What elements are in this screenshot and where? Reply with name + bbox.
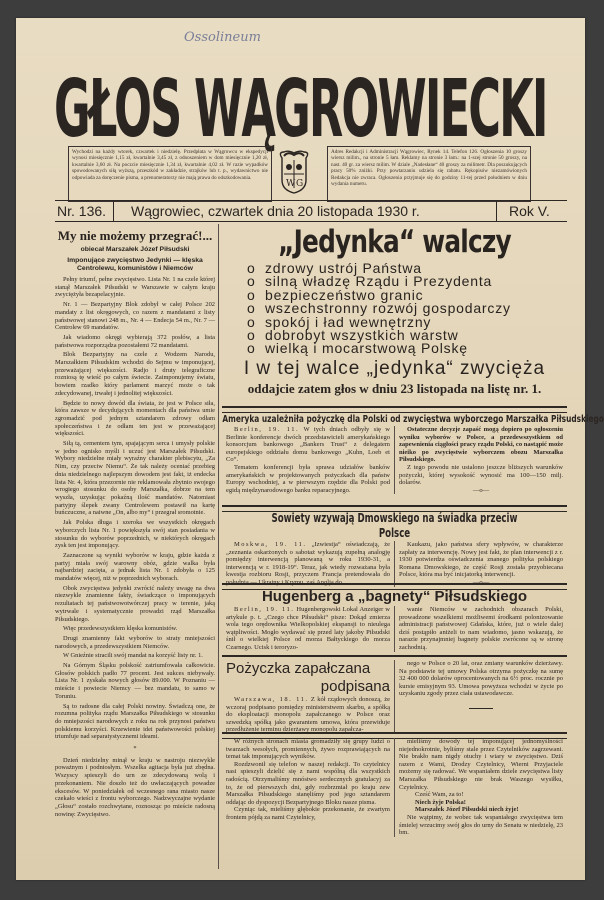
paragraph: Będzie to nowy dowód dla świata, że jest… <box>55 400 215 439</box>
paragraph: Więc przedewszystkiem klęska komunistów. <box>55 625 215 633</box>
divider <box>496 201 497 221</box>
paragraph: W Gnieźnie stracili swój mandat na korzy… <box>55 652 215 660</box>
publication-year: Rok V. <box>509 201 550 221</box>
paragraph: Obok zwycięstwa jedynki zwrócić należy u… <box>55 585 215 624</box>
masthead-title: GŁOS WĄGROWIECKI <box>54 70 538 147</box>
subscription-info-box: Wychodzi na każdy wtorek, czwartek i nie… <box>68 146 272 202</box>
rule <box>222 655 567 657</box>
paragraph: Nr. 1 — Bezpartyjny Blok zdobył w całej … <box>55 301 215 332</box>
paragraph: Na Górnym Śląsku polskość zatriumfowała … <box>55 662 215 701</box>
dateline-bar: Nr. 136. Wągrowiec, czwartek dnia 20 lis… <box>55 200 567 222</box>
issue-number: Nr. 136. <box>57 201 106 221</box>
campaign-title: „Jedynka“ walczy <box>257 222 533 262</box>
svg-text:G: G <box>296 179 303 189</box>
vote-call: oddajcie zatem głos w dniu 23 listopada … <box>222 381 567 396</box>
paragraph: Są to radosne dla całej Polski nowiny. Ś… <box>55 703 215 742</box>
handwritten-library-note: Ossolineum <box>184 30 261 45</box>
campaign-list: o zdrowy ustrój Państwa o silną władzę R… <box>222 262 567 356</box>
paragraph: Pełny triumf, pełne zwycięstwo. Lista Nr… <box>55 276 215 299</box>
editorial-address-box: Adres Redakcji i Administracji Wągrowiec… <box>327 146 531 202</box>
article-pozyczka: Pożyczka zapałczana podpisana Warszawa, … <box>222 660 567 734</box>
issue-place-date: Wągrowiec, czwartek dnia 20 listopada 19… <box>131 201 420 221</box>
article-hugenberg: Hugenberg a „bagnety“ Piłsudskiego Berli… <box>222 588 567 652</box>
article-title-line2: podpisana <box>226 678 390 696</box>
lead-article: My nie możemy przegrać!... obiecał Marsz… <box>55 226 215 820</box>
article-closing: W różnych stronach miasta gromadziły się… <box>222 738 567 837</box>
paragraph: Jak Polska długa i szeroka we wszystkich… <box>55 519 215 550</box>
paragraph: Jak wiadomo okręgi wybierają 372 posłów,… <box>55 334 215 349</box>
article-title: Ameryka uzależniła pożyczkę dla Polski o… <box>222 413 565 426</box>
column-divider <box>218 224 219 869</box>
article-end-mark: —o— <box>399 487 563 495</box>
article-title: Sowiety wzywają Dmowskiego na świadka pr… <box>270 511 518 541</box>
lead-article-deck: Imponujące zwycięstwo Jedynki — klęska C… <box>55 257 215 273</box>
divider <box>113 201 114 221</box>
double-rule <box>222 406 567 413</box>
list-item: o wielką i mocarstwową Polskę <box>247 342 567 355</box>
lead-article-subtitle: obiecał Marszałek Józef Piłsudski <box>55 245 215 254</box>
jedynka-campaign-box: „Jedynka“ walczy o zdrowy ustrój Państwa… <box>222 222 567 396</box>
paragraph: Zaznaczone są wyniki wyborów w kraju, gd… <box>55 552 215 583</box>
svg-text:W: W <box>286 179 296 189</box>
article-title: Pożyczka zapałczana <box>226 660 390 678</box>
paragraph: Dzień niedzielny minął w kraju w nastroj… <box>55 757 215 819</box>
paragraph: Blok Bezpartyjny na czele z Wodzem Narod… <box>55 351 215 397</box>
paragraph: Siłą tą, cementem tym, spajającym serca … <box>55 440 215 517</box>
article-sowiety: Sowiety wzywają Dmowskiego na świadka pr… <box>222 511 567 587</box>
article-title: Hugenberg a „bagnety“ Piłsudskiego <box>222 588 567 606</box>
lead-article-title: My nie możemy przegrać!... <box>55 228 215 243</box>
coat-of-arms-icon: W G <box>278 150 310 194</box>
article-ameryka: Ameryka uzależniła pożyczkę dla Polski o… <box>222 413 567 494</box>
campaign-slogan: I w tej walce „jedynka“ zwycięża <box>222 357 567 381</box>
section-separator: * <box>55 745 215 753</box>
article-end-mark <box>469 708 493 709</box>
paragraph: Drugi znamienny fakt wyborów to straty m… <box>55 635 215 650</box>
